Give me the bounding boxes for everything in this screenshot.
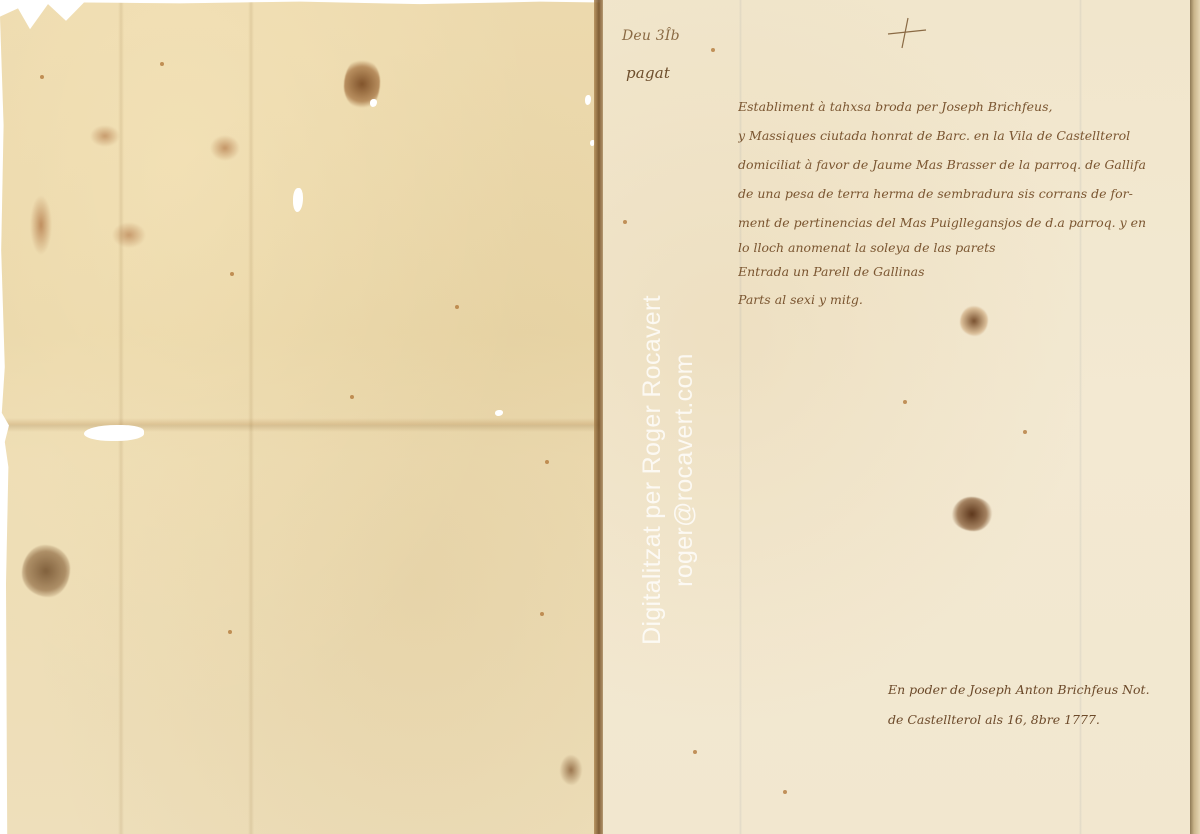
rust-speck [711,48,715,52]
rust-speck [350,395,354,399]
watermark-credit: Digitalitzat per Roger Rocavert [636,295,668,645]
rust-speck [783,790,787,794]
manuscript-scan: Deu 3Îb pagat Establiment à tahxsa broda… [0,0,1200,834]
rust-speck [693,750,697,754]
rust-speck [40,75,44,79]
rust-speck [1023,430,1027,434]
deed-line: y Massiques ciutada honrat de Barc. en l… [738,121,1188,150]
vertical-fold-crease [118,0,124,834]
notary-date-line: de Castellterol als 16, 8bre 1777. [888,705,1188,735]
deed-line: Establiment à tahxsa broda per Joseph Br… [738,92,1188,121]
rust-speck [160,62,164,66]
rust-speck [545,460,549,464]
paper-hole [585,95,591,105]
digitization-watermark: Digitalitzat per Roger Rocavert roger@ro… [636,295,700,645]
paper-hole [495,410,503,416]
watermark-email: roger@rocavert.com [668,295,700,645]
ink-stain [22,545,70,597]
paper-hole [293,188,303,212]
deed-line: ment de pertinencias del Mas Puigllegans… [738,208,1188,237]
rust-speck [455,305,459,309]
notary-line: En poder de Joseph Anton Brichfeus Not. [888,675,1188,705]
deed-line: domiciliat à favor de Jaume Mas Brasser … [738,150,1188,179]
rust-speck [230,272,234,276]
vertical-fold-crease [248,0,254,834]
rust-stain [30,195,52,255]
rust-stain [560,755,582,785]
rust-stain [90,125,120,147]
paper-hole [370,99,377,107]
rust-speck [623,220,627,224]
ink-stain [952,497,992,531]
rust-speck [540,612,544,616]
deed-line: de una pesa de terra herma de sembradura… [738,179,1188,208]
page-edge [1190,0,1200,834]
rust-speck [228,630,232,634]
paper-hole [84,425,144,441]
margin-note-line-1: Deu 3Îb [622,28,680,44]
deed-entry-line: Entrada un Parell de Gallinas [738,259,1188,285]
deed-parts-line: Parts al sexi y mitg. [738,285,1188,314]
deed-line: lo lloch anomenat la soleya de las paret… [738,237,1188,259]
cross-mark-icon [880,12,930,52]
notary-footer: En poder de Joseph Anton Brichfeus Not. … [888,675,1188,735]
rust-stain [112,222,146,248]
deed-body-text: Establiment à tahxsa broda per Joseph Br… [738,92,1188,314]
rust-stain [210,135,240,161]
left-page [0,0,600,834]
rust-speck [903,400,907,404]
margin-note-line-2: pagat [626,64,670,82]
